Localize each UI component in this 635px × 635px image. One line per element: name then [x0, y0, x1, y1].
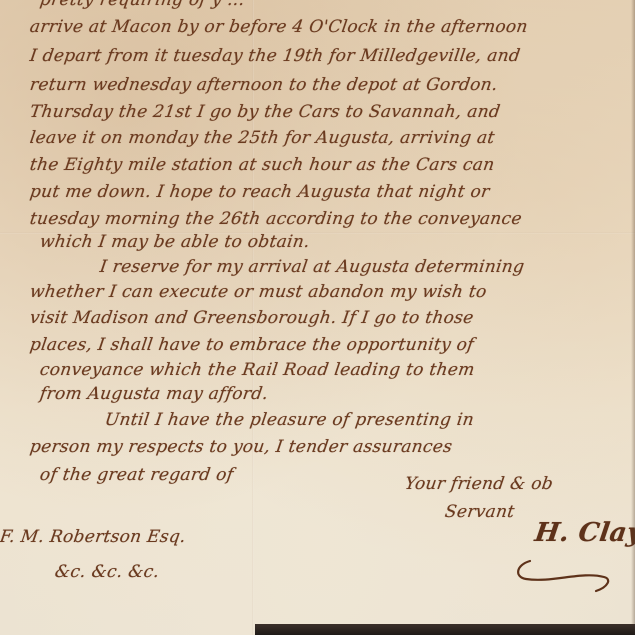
letter-line-18: of the great regard of [39, 465, 235, 485]
letter-line-7: put me down. I hope to reach Augusta tha… [29, 182, 491, 202]
closing-line-2: Servant [444, 502, 516, 522]
letter-photo: pretty requiring of y ... arrive at Maco… [0, 0, 635, 635]
closing-line-1: Your friend & ob [404, 474, 555, 494]
addressee-honorifics: &c. &c. &c. [54, 562, 161, 582]
letter-line-5: leave it on monday the 25th for Augusta,… [29, 128, 496, 148]
signature-flourish-icon [512, 555, 617, 595]
letter-line-2: I depart from it tuesday the 19th for Mi… [29, 46, 522, 66]
letter-line-12: visit Madison and Greensborough. If I go… [29, 308, 475, 328]
letter-line-6: the Eighty mile station at such hour as … [29, 155, 496, 175]
letter-line-17: person my respects to you, I tender assu… [29, 437, 454, 457]
letter-line-10: I reserve for my arrival at Augusta dete… [99, 257, 526, 277]
signature: H. Clay [533, 518, 635, 548]
letter-line-1: arrive at Macon by or before 4 O'Clock i… [29, 17, 530, 37]
handwritten-letter: pretty requiring of y ... arrive at Maco… [0, 0, 635, 635]
letter-line-16: Until I have the pleasure of presenting … [104, 410, 476, 430]
letter-line-11: whether I can execute or must abandon my… [29, 282, 488, 302]
letter-line-15: from Augusta may afford. [39, 384, 270, 404]
letter-line-14: conveyance which the Rail Road leading t… [39, 360, 476, 380]
letter-line-9: which I may be able to obtain. [39, 232, 312, 252]
letter-line-13: places, I shall have to embrace the oppo… [29, 335, 476, 355]
frame-edge-right [631, 0, 635, 635]
letter-line-0: pretty requiring of y ... [39, 0, 246, 10]
addressee-name: F. M. Robertson Esq. [0, 527, 187, 547]
letter-line-4: Thursday the 21st I go by the Cars to Sa… [29, 102, 502, 122]
letter-line-3: return wednesday afternoon to the depot … [29, 75, 500, 95]
letter-line-8: tuesday morning the 26th according to th… [29, 209, 524, 229]
frame-edge-bottom [255, 624, 635, 635]
